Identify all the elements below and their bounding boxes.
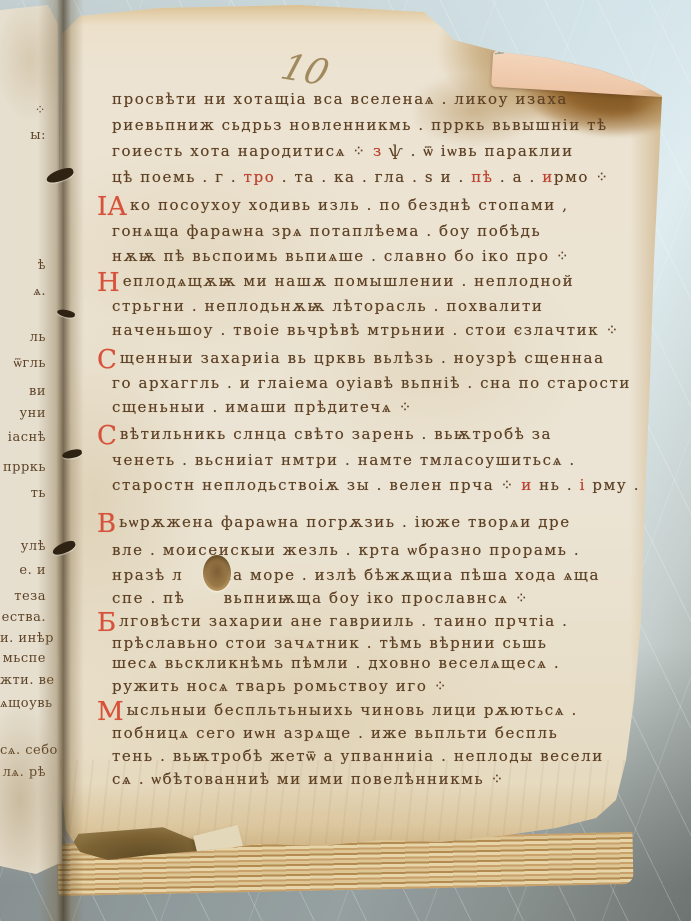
manuscript-line: ченеть . вьсниіат нмтри . намте тмласоуш… <box>112 449 576 471</box>
manuscript-line: Вьѡрѫжена фараѡна погрѫзиь . іюже творѧи… <box>97 511 571 533</box>
manuscript-line: просвѣти ни хотащіа вса вселенаѧ . ликоу… <box>112 88 568 110</box>
rubric-initial: ІА <box>97 192 127 222</box>
manuscript-line: гоиесть хота народитисѧ ⁘ з ѱ . ѿ іѡвь п… <box>112 140 574 162</box>
manuscript-line: Сщенныи захариіа вь црквь вьлѣзь . ноузр… <box>97 347 605 369</box>
parchment-hole <box>203 555 231 591</box>
manuscript-line: вле . моисеискыи жезль . крта ѡбразно пр… <box>112 539 580 561</box>
manuscript-line: ружить носѧ тварь ромьствоу иго ⁘ <box>112 675 448 697</box>
manuscript-line: Свѣтильникь слнца свѣто зарень . вьѭтроб… <box>97 423 552 445</box>
text-block: просвѣти ни хотащіа вса вселенаѧ . ликоу… <box>0 0 691 921</box>
manuscript-line: наченьшоу . твоіе вьчрѣвѣ мтрьнии . стои… <box>112 319 620 341</box>
manuscript-line: цѣ поемь . г . тро . та . ка . гла . ѕ и… <box>112 166 610 188</box>
manuscript-line: го архаггль . и глаіема оуіавѣ вьпніѣ . … <box>112 372 631 394</box>
manuscript-line: прѣславьно стои зачѧтник . тѣмь вѣрнии с… <box>112 632 548 654</box>
manuscript-line: Неплодѧщѫѭ ми нашѫ помышлении . неплодно… <box>97 270 574 292</box>
manuscript-line: риевьпниж сьдрьз новленникмь . прркь вьв… <box>112 114 608 136</box>
manuscript-line: тень . вьѭтробѣ жетѿ а упванниіа . непло… <box>112 745 604 767</box>
manuscript-line: стрьгни . неплодьнѫѭ лѣторасль . похвали… <box>112 295 543 317</box>
manuscript-line: Мысльныи беспльтьныихь чиновь лици рѫють… <box>97 699 578 721</box>
manuscript-line: нразѣ л на море . излѣ бѣжѫщиа пѣша хода… <box>112 564 600 586</box>
rubric-initial: С <box>97 345 117 375</box>
manuscript-line: побницѧ сего иѡн азрѧще . иже вьпльти бе… <box>112 722 558 744</box>
manuscript-line: шесѧ вьскликнѣмь пѣмли . дховно веселѧще… <box>112 652 560 674</box>
manuscript-line: ІАко посоухоу ходивь изль . по безднѣ ст… <box>97 194 569 216</box>
manuscript-photo: ⁘ы:ѣѧ.льѿгльвиуниіаснѣпрркьтьулѣе. итеза… <box>0 0 691 921</box>
manuscript-line: сѧ . ѡбѣтованниѣ ми ими повелѣнникмь ⁘ <box>112 768 505 790</box>
manuscript-line: сщеньныи . имаши прѣдитечѧ ⁘ <box>112 396 413 418</box>
rubric-initial: С <box>97 421 117 451</box>
manuscript-line: старостн неплодьствоіѫ зы . велен прча ⁘… <box>112 474 679 496</box>
rubric-initial: Н <box>97 268 120 298</box>
rubric-initial: В <box>97 509 116 539</box>
manuscript-line: гонѧща фараѡна зрѧ потаплѣема . боу побѣ… <box>112 220 541 242</box>
manuscript-line: спе . пѣ вьпниѭща боу іко прославнсѧ ⁘ <box>112 587 529 609</box>
manuscript-line: Блговѣсти захарии ане гаврииль . таино п… <box>97 610 569 632</box>
binding-gutter <box>38 0 84 921</box>
parchment-page: 10 10 просвѣти ни хотащіа вса вселенаѧ .… <box>0 0 691 921</box>
manuscript-line: нѫѭ пѣ вьспоимь вьпиѧше . славно бо іко … <box>112 245 570 267</box>
